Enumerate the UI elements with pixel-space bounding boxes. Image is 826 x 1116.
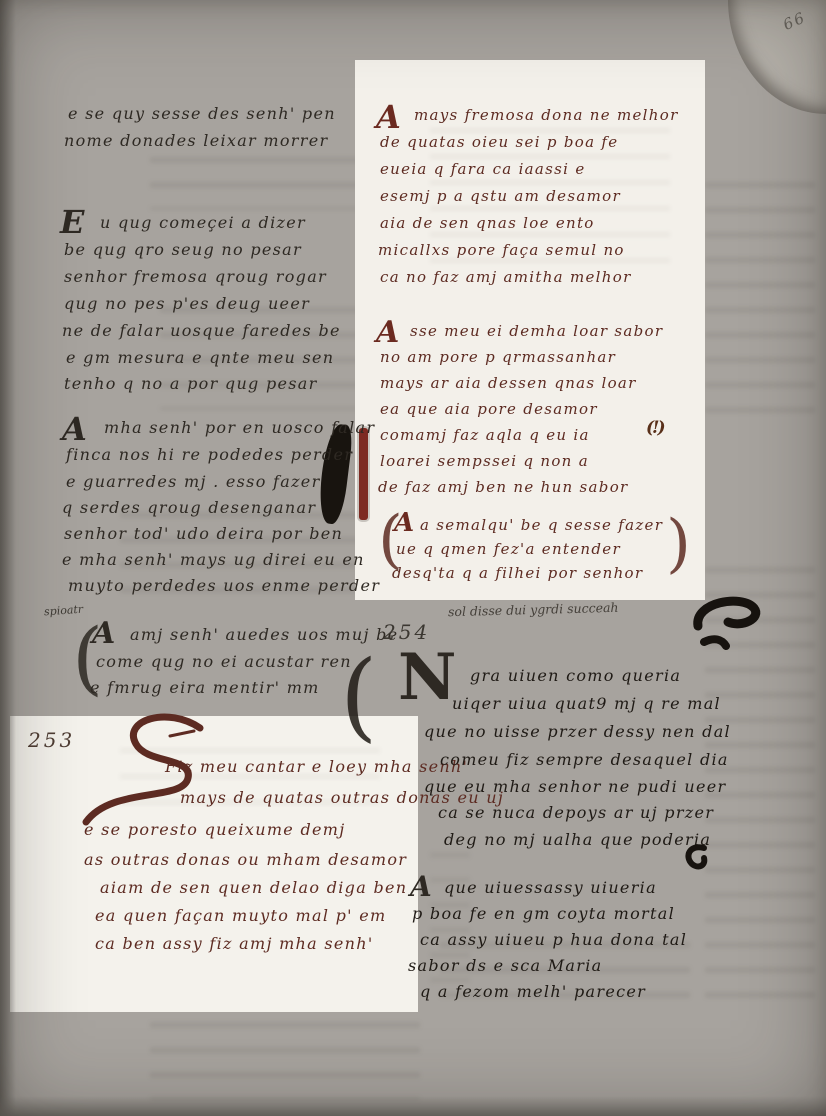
verse-line: ca no faz amj amitha melhor <box>380 268 632 286</box>
initial-letter: A <box>92 616 115 651</box>
verse-line: sse meu ei demha loar sabor <box>410 322 663 340</box>
verse-line: p boa fe en gm coyta mortal <box>412 904 675 923</box>
initial-letter: N <box>398 640 457 715</box>
bleed-through-text <box>705 175 815 425</box>
verse-line: no am pore p qrmassanhar <box>380 348 616 366</box>
verse-line: nome donades leixar morrer <box>64 131 328 150</box>
verse-line: e mha senh' mays ug direi eu en <box>62 550 365 569</box>
verse-line: ca se nuca depoys ar uj przer <box>438 803 714 822</box>
stanza-bracket: ( <box>340 648 377 744</box>
verse-line: q serdes qroug desenganar <box>62 498 316 517</box>
verse-line: sabor ds e sca Maria <box>408 956 602 975</box>
verse-line: micallxs pore faça semul no <box>378 241 625 259</box>
verse-line: senhor fremosa qroug rogar <box>64 267 327 286</box>
red-initial-stroke <box>359 428 368 520</box>
verse-line: comamj faz aqla q eu ia <box>380 426 590 444</box>
verse-line: de quatas oieu sei p boa fe <box>380 133 618 151</box>
verse-line: eueia q fara ca iaassi e <box>380 160 586 178</box>
verse-line: u qug começei a dizer <box>100 213 306 232</box>
initial-letter: A <box>376 315 399 350</box>
verse-line: e gm mesura e qnte meu sen <box>66 348 334 367</box>
verse-line: e guarredes mj . esso fazer <box>66 472 321 491</box>
verse-line: aiam de sen quen delao diga ben <box>100 878 407 897</box>
verse-line: ne de falar uosque faredes be <box>62 321 341 340</box>
bleed-through-text <box>150 1015 420 1100</box>
verse-line: que eu mha senhor ne pudi ueer <box>424 777 726 796</box>
verse-line: be qug qro seug no pesar <box>64 240 302 259</box>
verse-line: esemj p a qstu am desamor <box>380 187 621 205</box>
verse-line: ue q qmen fez'a entender <box>396 540 621 558</box>
colocci-margin-note: sol disse dui ygrdi succeah <box>448 600 619 619</box>
verse-line: e se poresto queixume demj <box>84 820 346 839</box>
colocci-paraph-icon: (!) <box>646 418 664 438</box>
verse-line: a semalqu' be q sesse fazer <box>420 516 663 534</box>
verse-line: come qug no ei acustar ren <box>96 652 352 671</box>
initial-letter: A <box>376 98 401 136</box>
initial-letter: A <box>394 508 414 538</box>
verse-line: que no uisse przer dessy nen dal <box>424 722 731 741</box>
verse-line: de faz amj ben ne hun sabor <box>378 478 629 496</box>
verse-line: comeu fiz sempre desaquel dia <box>440 750 729 769</box>
page-edge-shadow <box>0 1096 826 1116</box>
curl-mark-icon <box>682 842 710 872</box>
manuscript-page-photo: 66 e se quy sesse des senh' pen nome don… <box>0 0 826 1116</box>
verse-line: mha senh' por en uosco falar <box>104 418 375 437</box>
page-edge-shadow <box>0 0 16 1116</box>
initial-letter: E <box>60 203 84 241</box>
verse-line: gra uiuen como queria <box>470 666 681 685</box>
song-number-253: 253 <box>28 728 75 752</box>
verse-line: ea quen façan muyto mal p' em <box>95 906 387 925</box>
verse-line: deg no mj ualha que poderia <box>444 830 711 849</box>
verse-line: aia de sen qnas loe ento <box>380 214 595 232</box>
verse-line: ea que aia pore desamor <box>380 400 598 418</box>
page-corner <box>728 0 826 114</box>
verse-line: ca assy uiueu p hua dona tal <box>420 930 687 949</box>
verse-line: q a fezom melh' parecer <box>420 982 646 1001</box>
verse-line: as outras donas ou mham desamor <box>84 850 407 869</box>
verse-line: loarei sempssei q non a <box>380 452 589 470</box>
verse-line: e se quy sesse des senh' pen <box>68 104 336 123</box>
verse-line: Fiz meu cantar e loey mha senh' <box>165 757 468 776</box>
paraph-swash-icon <box>688 592 768 658</box>
verse-line: mays ar aia dessen qnas loar <box>380 374 637 392</box>
initial-letter: A <box>410 870 432 903</box>
verse-line: finca nos hi re podedes perder <box>66 445 353 464</box>
ink-blot-initial <box>316 423 354 525</box>
verse-line: uiqer uiua quat9 mj q re mal <box>452 694 721 713</box>
initial-letter: A <box>62 410 87 448</box>
bleed-through-text <box>150 150 380 210</box>
verse-line: muyto perdedes uos enme perder <box>68 576 380 595</box>
verse-line: e fmrug eira mentir' mm <box>90 678 320 697</box>
stanza-bracket: ) <box>666 512 691 576</box>
verse-line: que uiuessassy uiueria <box>444 878 657 897</box>
verse-line: qug no pes p'es deug ueer <box>64 294 310 313</box>
verse-line: tenho q no a por qug pesar <box>64 374 318 393</box>
verse-line: ca ben assy fiz amj mha senh' <box>95 934 374 953</box>
verse-line: desq'ta q a filhei por senhor <box>392 564 643 582</box>
verse-line: mays fremosa dona ne melhor <box>414 106 679 124</box>
verse-line: senhor tod' udo deira por ben <box>64 524 343 543</box>
